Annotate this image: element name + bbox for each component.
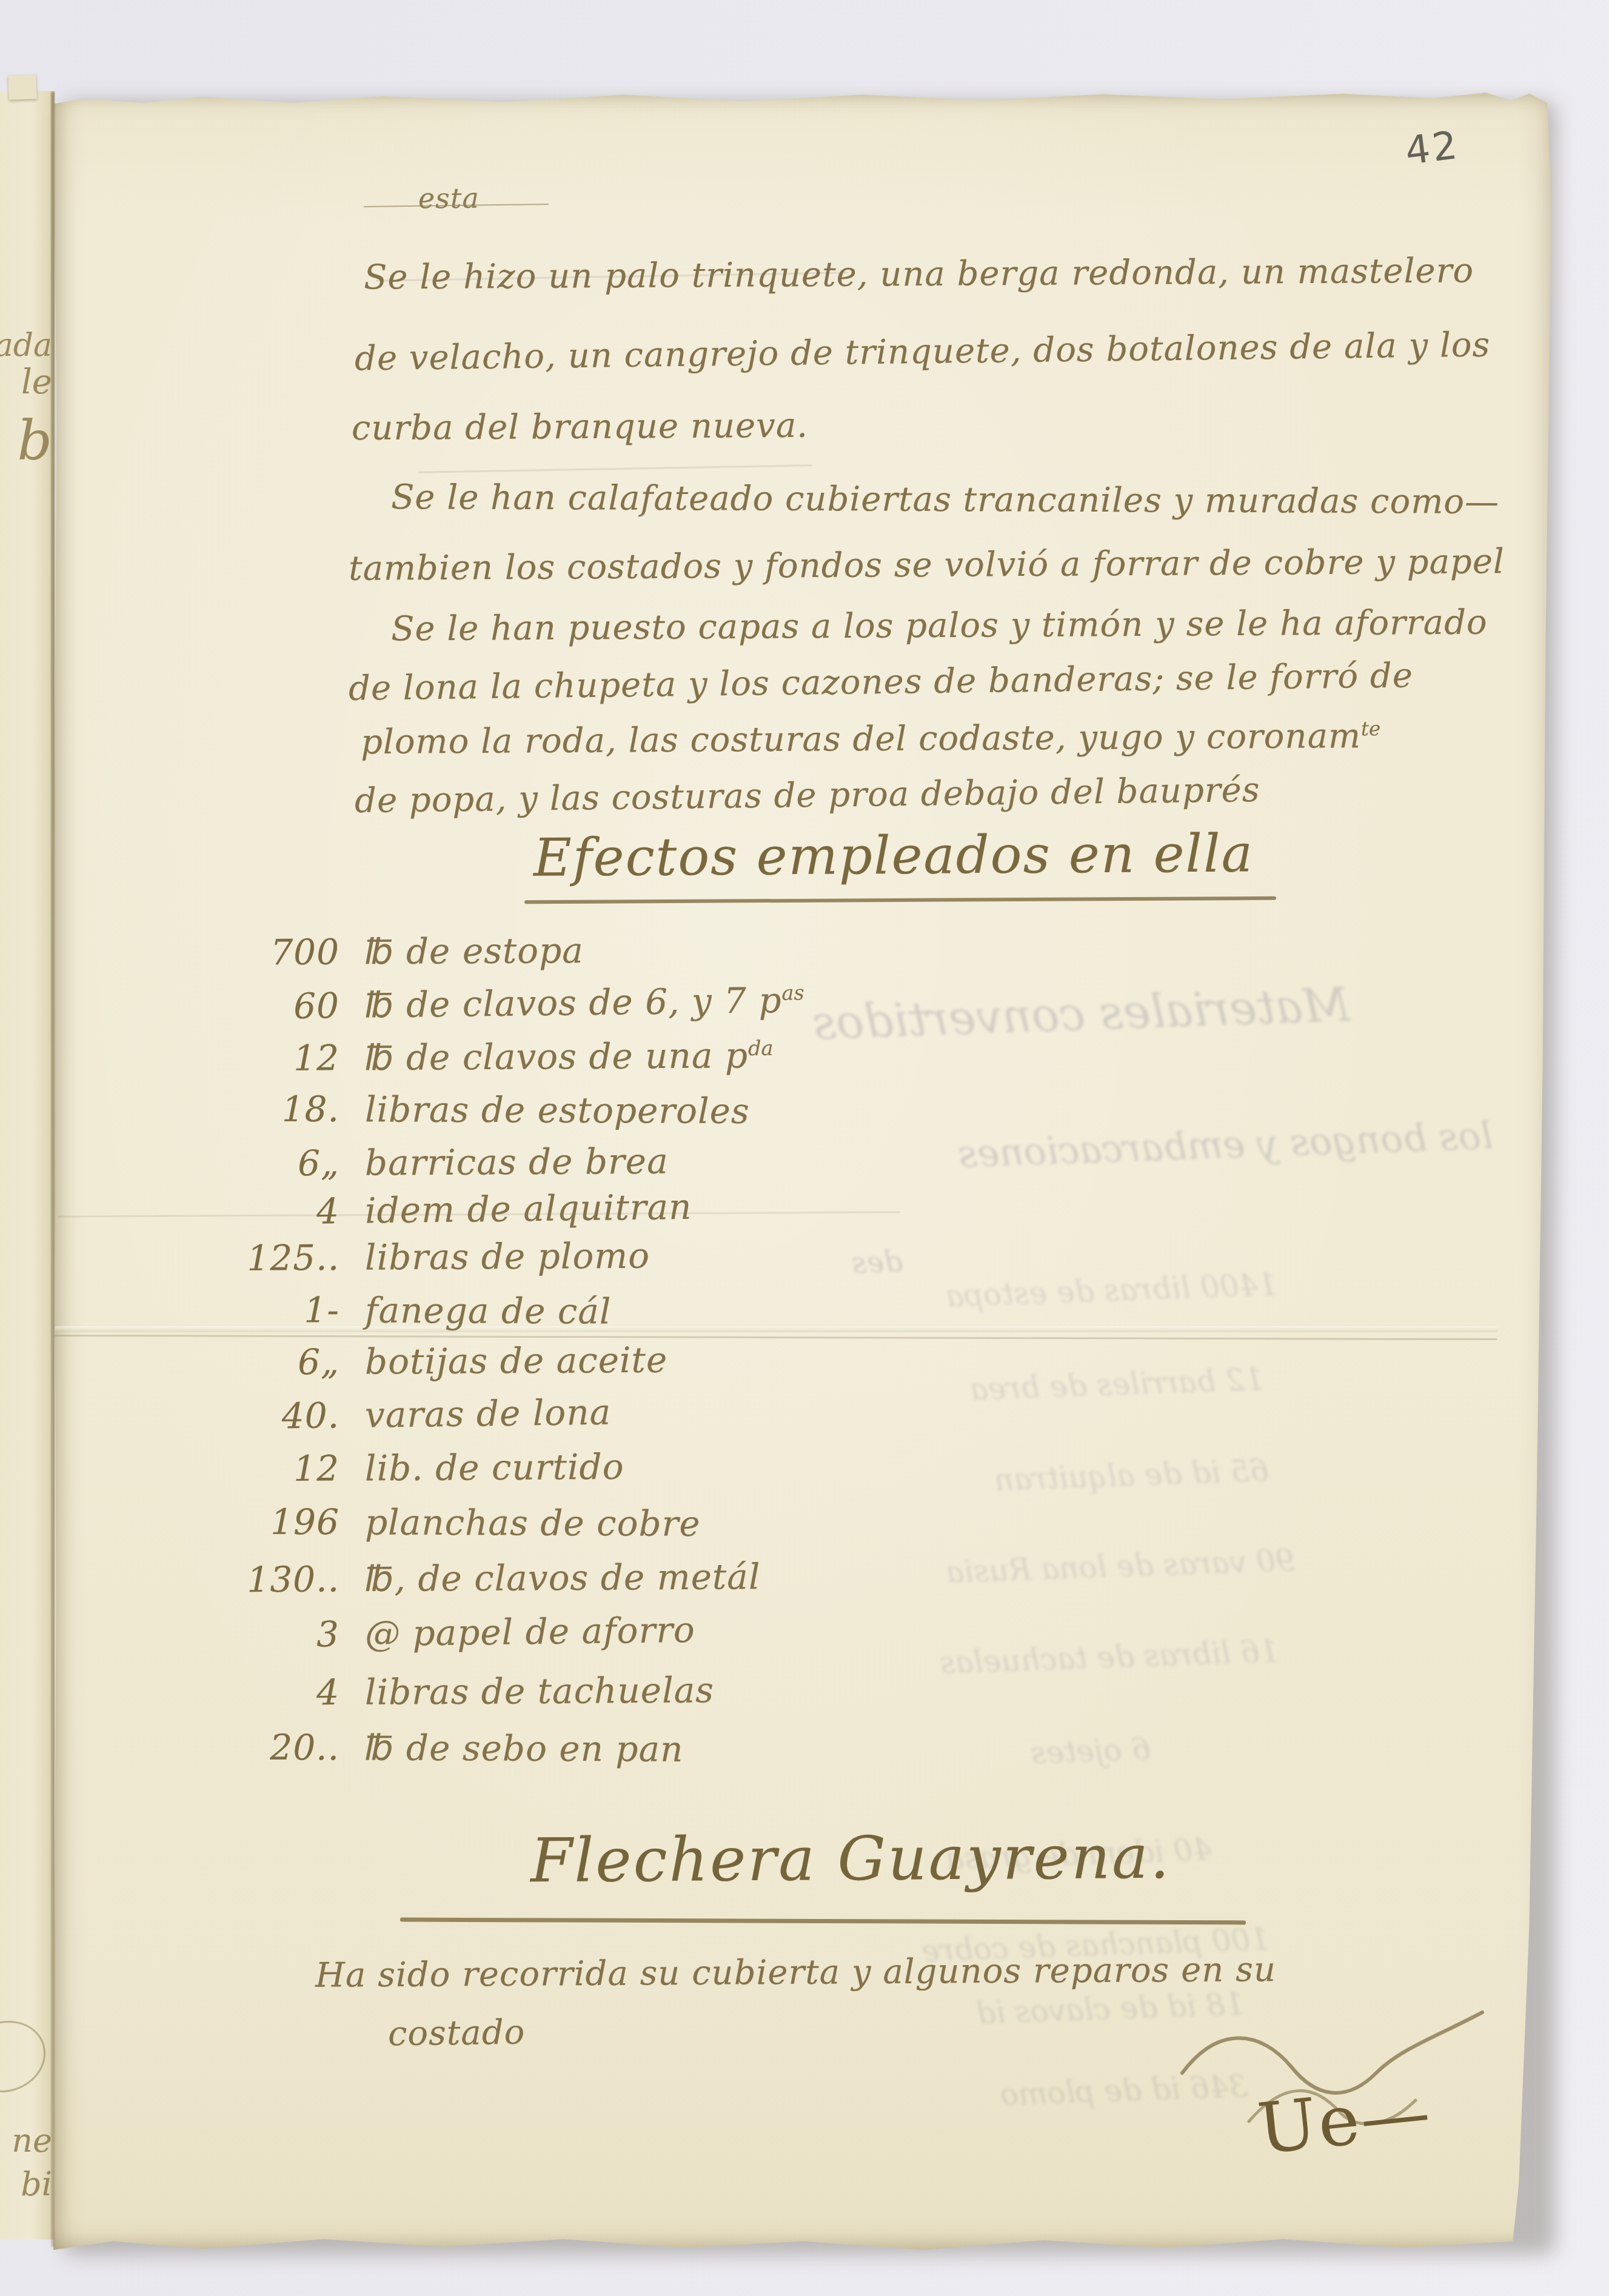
item-description: idem de alquitran xyxy=(365,1186,692,1232)
item-quantity: 12 xyxy=(182,1448,340,1490)
item-description: barricas de brea xyxy=(365,1141,669,1184)
item-desc-text: ℔ de clavos de una p xyxy=(365,1035,748,1078)
carryover-word: esta xyxy=(418,182,480,215)
manuscript-line: tambien los costados y fondos se volvió … xyxy=(349,542,1505,589)
bleedthrough-line: 6 ojetes xyxy=(1030,1732,1151,1771)
materials-list-item: 12lib. de curtido xyxy=(182,1446,624,1490)
manuscript-line: Se le han calafateado cubiertas trancani… xyxy=(391,478,1499,522)
folio-number-pencil: 42 xyxy=(1403,123,1462,174)
paper-corner-tab xyxy=(8,75,36,100)
item-description: ℔, de clavos de metál xyxy=(365,1556,761,1600)
manuscript-line: costado xyxy=(388,2013,526,2054)
materials-list-item: 12℔ de clavos de una pda xyxy=(182,1035,774,1080)
materials-list-item: 6„barricas de brea xyxy=(182,1141,669,1185)
item-description: libras de estoperoles xyxy=(365,1089,750,1132)
item-description: ℔ de clavos de una pda xyxy=(365,1035,774,1078)
materials-list-item: 60℔ de clavos de 6, y 7 pas xyxy=(182,979,805,1029)
materials-list-item: 130..℔, de clavos de metál xyxy=(182,1556,761,1601)
margin-fragment: bi xyxy=(21,2165,52,2203)
facing-page-sliver: ada le b ne bi xyxy=(0,91,55,2240)
margin-fragment: ada xyxy=(0,327,52,364)
item-quantity: 6„ xyxy=(182,1143,340,1185)
margin-fragment: ne xyxy=(12,2121,52,2160)
item-description: lib. de curtido xyxy=(365,1446,624,1489)
margin-fragment: b xyxy=(17,409,52,473)
item-desc-sup: da xyxy=(748,1036,774,1060)
margin-fragment: le xyxy=(21,362,52,402)
materials-list-item: 6„botijas de aceite xyxy=(182,1340,668,1384)
manuscript-line: plomo la roda, las costuras del codaste,… xyxy=(361,716,1381,762)
materials-list-item: 1-fanega de cál xyxy=(182,1289,612,1332)
materials-list-item: 196planchas de cobre xyxy=(182,1501,701,1544)
manuscript-line: Se le hizo un palo trinquete, una berga … xyxy=(364,251,1474,297)
item-quantity: 700 xyxy=(182,931,340,973)
item-desc-text: ℔ de clavos de 6, y 7 p xyxy=(365,979,782,1026)
item-quantity: 40. xyxy=(182,1395,340,1438)
materials-list-item: 4idem de alquitran xyxy=(182,1186,692,1233)
item-description: ℔ de estopa xyxy=(365,930,584,972)
section-heading-efectos: Efectos empleados en ella xyxy=(534,823,1254,888)
materials-list-item: 125..libras de plomo xyxy=(182,1235,651,1280)
manuscript-line: Se le han puesto capas a los palos y tim… xyxy=(391,602,1488,649)
item-desc-sup: as xyxy=(781,981,804,1004)
bleedthrough-line: des xyxy=(851,1245,903,1281)
materials-list-item: 20..℔ de sebo en pan xyxy=(182,1726,684,1770)
superscript-abbrev: te xyxy=(1361,717,1380,740)
item-quantity: 196 xyxy=(182,1501,340,1543)
item-quantity: 60 xyxy=(182,985,340,1028)
materials-list-item: 3@ papel de aforro xyxy=(182,1609,696,1657)
item-description: @ papel de aforro xyxy=(365,1609,696,1655)
item-description: ℔ de clavos de 6, y 7 pas xyxy=(365,979,805,1026)
item-description: varas de lona xyxy=(365,1392,612,1436)
item-quantity: 4 xyxy=(182,1672,340,1714)
item-description: libras de plomo xyxy=(365,1235,651,1278)
manuscript-scan: ada le b ne bi 42 Materiales convertidos… xyxy=(0,0,1609,2296)
item-description: planchas de cobre xyxy=(365,1501,701,1544)
item-quantity: 4 xyxy=(182,1190,340,1233)
item-description: fanega de cál xyxy=(365,1290,612,1332)
materials-list-item: 4libras de tachuelas xyxy=(182,1669,714,1714)
section-heading-flechera: Flechera Guayrena. xyxy=(530,1821,1171,1896)
item-description: botijas de aceite xyxy=(365,1340,668,1383)
item-quantity: 130.. xyxy=(182,1558,340,1601)
flourish-oval xyxy=(0,2011,55,2103)
materials-list-item: 40.varas de lona xyxy=(182,1392,612,1438)
item-quantity: 18. xyxy=(182,1088,340,1130)
item-description: libras de tachuelas xyxy=(365,1669,714,1713)
item-quantity: 12 xyxy=(182,1037,340,1080)
materials-list-item: 18.libras de estoperoles xyxy=(182,1088,750,1132)
manuscript-line: curba del branque nueva. xyxy=(352,406,808,449)
item-quantity: 20.. xyxy=(182,1726,340,1768)
item-quantity: 1- xyxy=(182,1289,340,1330)
item-quantity: 3 xyxy=(182,1614,340,1657)
manuscript-line: Ha sido recorrida su cubierta y algunos … xyxy=(315,1950,1276,1995)
manuscript-line-text: plomo la roda, las costuras del codaste,… xyxy=(361,716,1361,762)
item-desc-text: ℔ de estopa xyxy=(365,930,584,972)
item-description: ℔ de sebo en pan xyxy=(365,1727,684,1770)
item-quantity: 125.. xyxy=(182,1237,340,1280)
materials-list-item: 700℔ de estopa xyxy=(182,930,584,973)
binding-fold xyxy=(51,92,55,2247)
item-quantity: 6„ xyxy=(182,1341,340,1384)
